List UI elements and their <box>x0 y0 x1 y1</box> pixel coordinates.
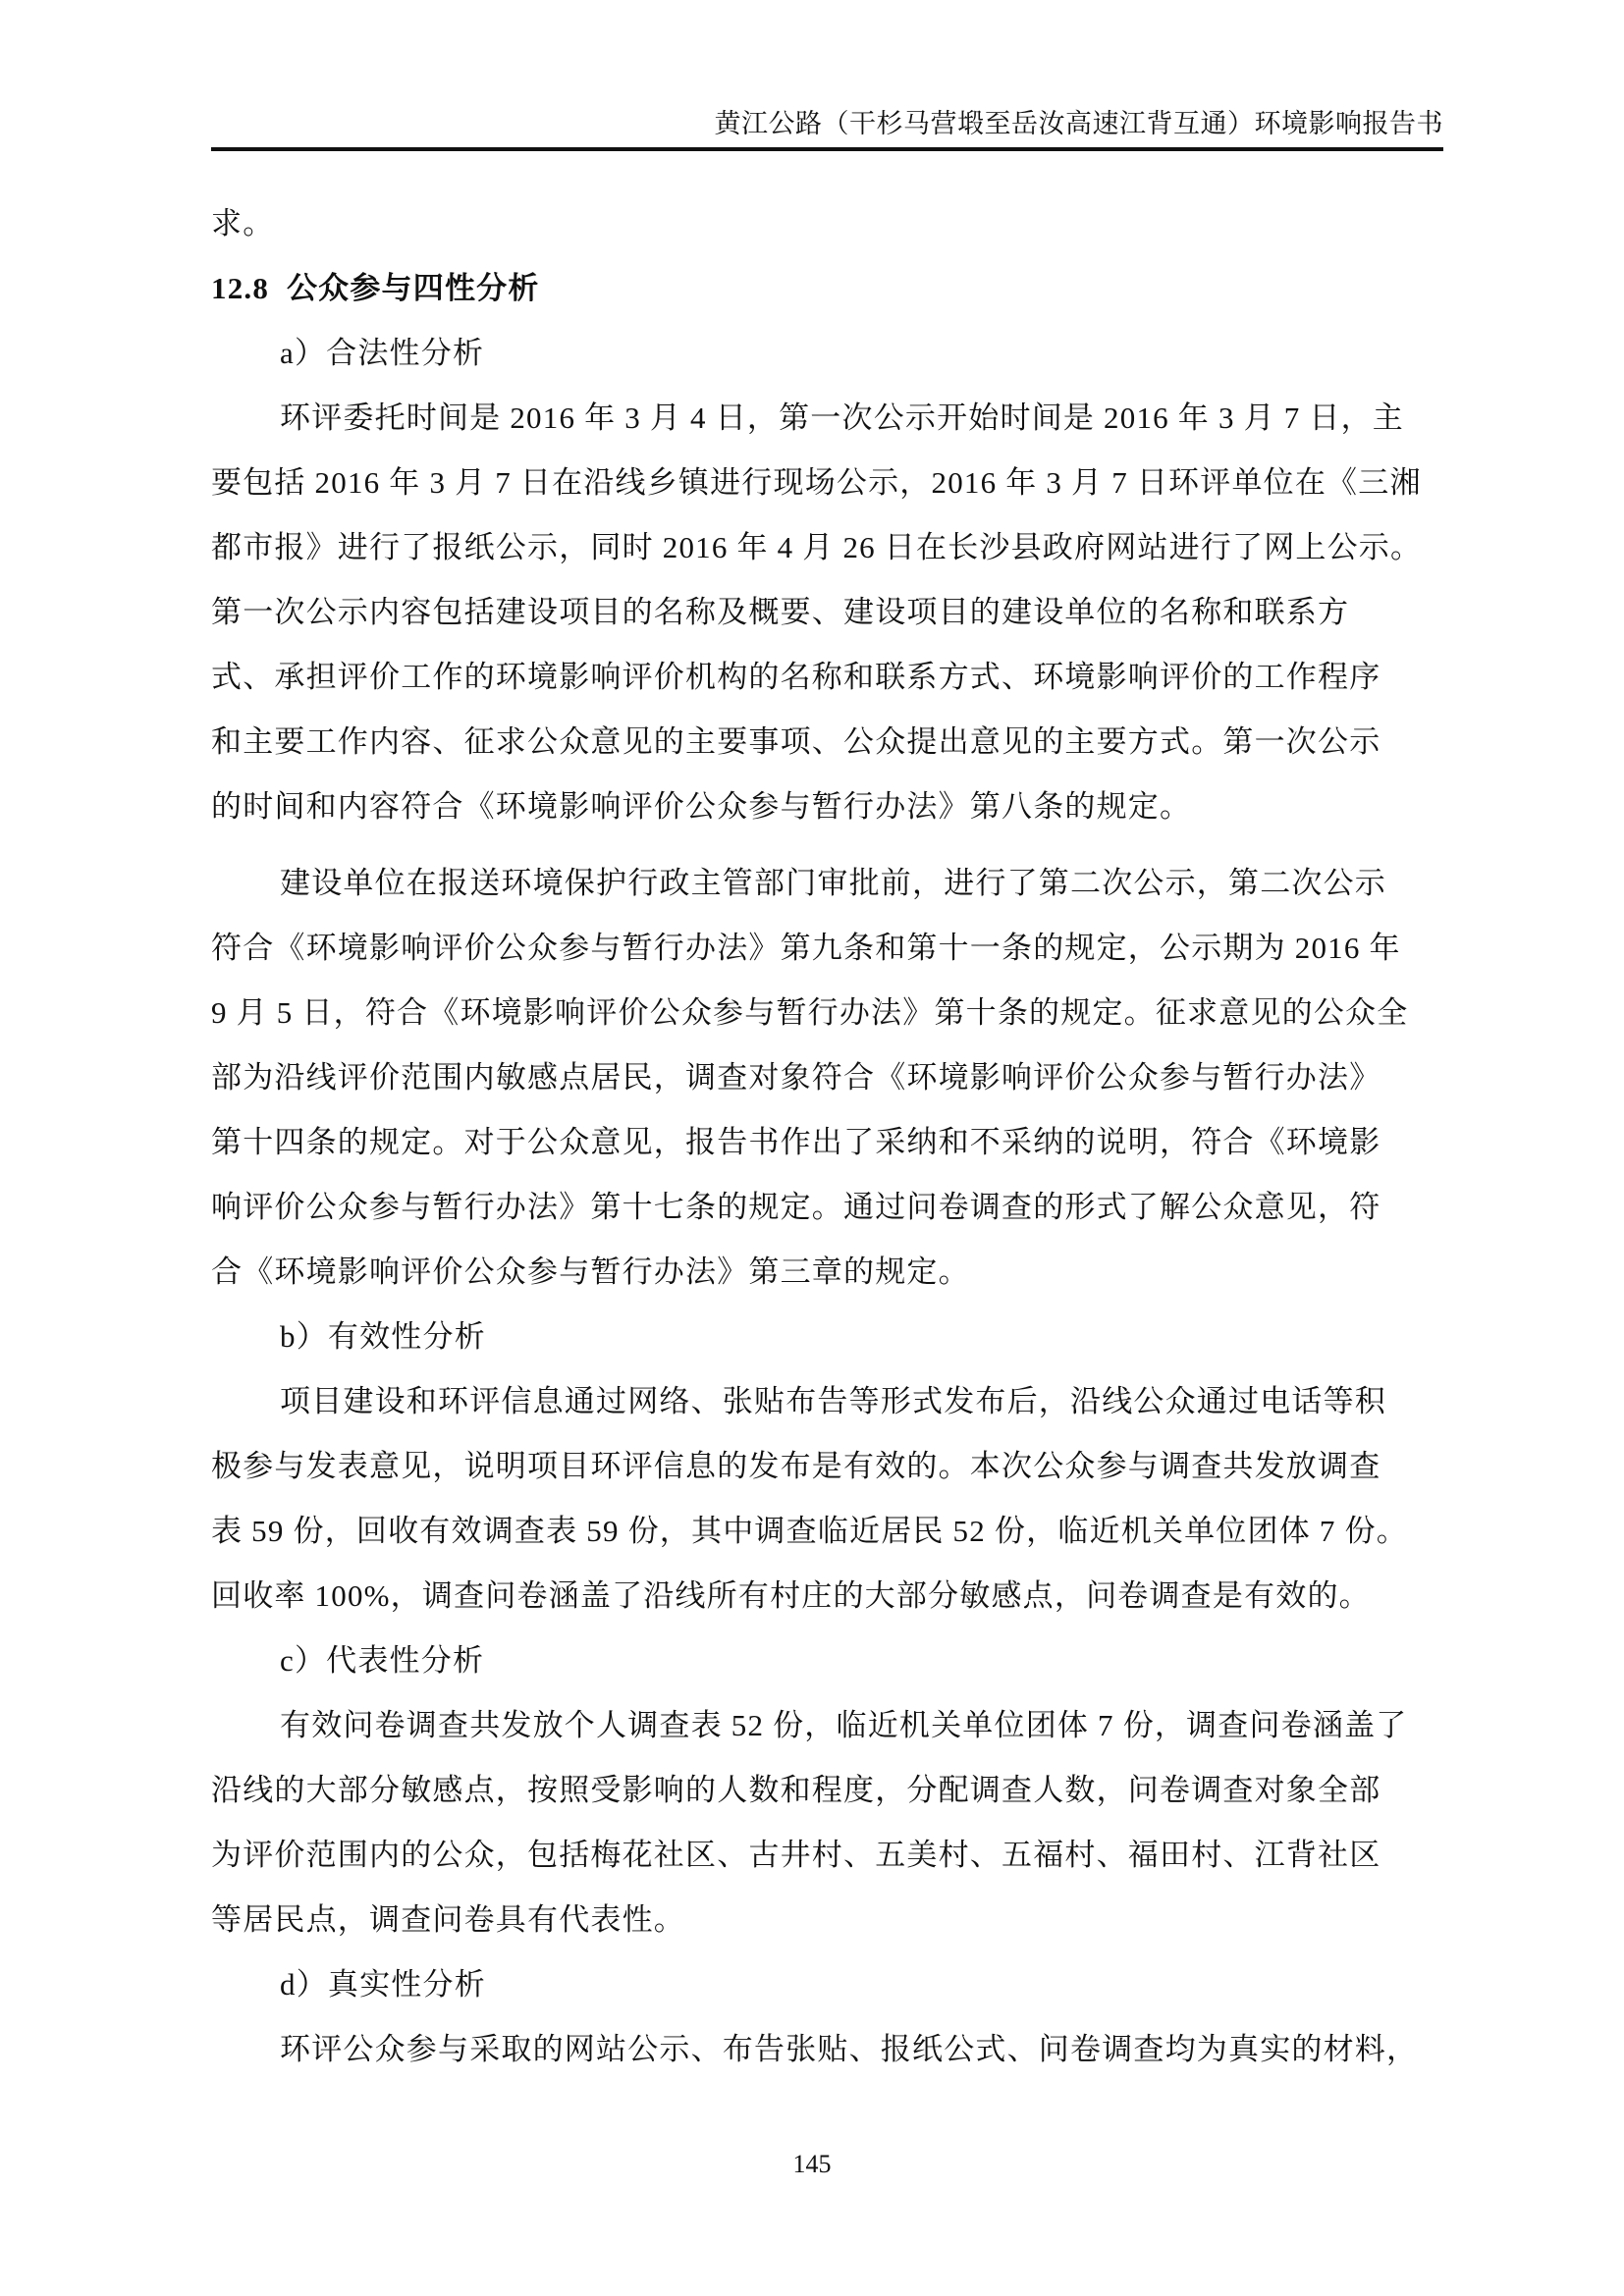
paragraph-validity: 项目建设和环评信息通过网络、张贴布告等形式发布后，沿线公众通过电话等积 极参与发… <box>211 1369 1448 1629</box>
text-line: 建设单位在报送环境保护行政主管部门审批前，进行了第二次公示，第二次公示 <box>211 851 1448 916</box>
paragraph-legality-1: 环评委托时间是 2016 年 3 月 4 日，第一次公示开始时间是 2016 年… <box>211 386 1448 839</box>
subsection-heading-validity: b）有效性分析 <box>211 1305 1448 1369</box>
text-line: 项目建设和环评信息通过网络、张贴布告等形式发布后，沿线公众通过电话等积 <box>211 1369 1448 1434</box>
continuation-text: 求。 <box>211 191 1448 256</box>
text-line: 回收率 100%，调查问卷涵盖了沿线所有村庄的大部分敏感点，问卷调查是有效的。 <box>211 1564 1448 1629</box>
text-line: 有效问卷调查共发放个人调查表 52 份，临近机关单位团体 7 份，调查问卷涵盖了 <box>211 1693 1448 1758</box>
text-line: 式、承担评价工作的环境影响评价机构的名称和联系方式、环境影响评价的工作程序 <box>211 645 1448 710</box>
text-line: 合《环境影响评价公众参与暂行办法》第三章的规定。 <box>211 1240 1448 1305</box>
text-line: 等居民点，调查问卷具有代表性。 <box>211 1888 1448 1952</box>
text-line: 部为沿线评价范围内敏感点居民，调查对象符合《环境影响评价公众参与暂行办法》 <box>211 1045 1448 1110</box>
text-line: 和主要工作内容、征求公众意见的主要事项、公众提出意见的主要方式。第一次公示 <box>211 710 1448 774</box>
text-line: 第一次公示内容包括建设项目的名称及概要、建设项目的建设单位的名称和联系方 <box>211 580 1448 645</box>
paragraph-representativeness: 有效问卷调查共发放个人调查表 52 份，临近机关单位团体 7 份，调查问卷涵盖了… <box>211 1693 1448 1952</box>
paragraph-gap <box>211 839 1448 851</box>
text-line: 沿线的大部分敏感点，按照受影响的人数和程度，分配调查人数，问卷调查对象全部 <box>211 1758 1448 1823</box>
text-line: 表 59 份，回收有效调查表 59 份，其中调查临近居民 52 份，临近机关单位… <box>211 1499 1448 1564</box>
page-body: 求。 12.8 公众参与四性分析 a）合法性分析 环评委托时间是 2016 年 … <box>211 191 1448 2082</box>
text-line: 要包括 2016 年 3 月 7 日在沿线乡镇进行现场公示，2016 年 3 月… <box>211 451 1448 515</box>
text-line: 环评公众参与采取的网站公示、布告张贴、报纸公式、问卷调查均为真实的材料， <box>211 2017 1448 2082</box>
text-line: 环评委托时间是 2016 年 3 月 4 日，第一次公示开始时间是 2016 年… <box>211 386 1448 451</box>
header-divider <box>211 147 1443 151</box>
text-line: 符合《环境影响评价公众参与暂行办法》第九条和第十一条的规定，公示期为 2016 … <box>211 916 1448 981</box>
text-line: 都市报》进行了报纸公示，同时 2016 年 4 月 26 日在长沙县政府网站进行… <box>211 515 1448 580</box>
text-line: 极参与发表意见，说明项目环评信息的发布是有效的。本次公众参与调查共发放调查 <box>211 1434 1448 1499</box>
subsection-heading-authenticity: d）真实性分析 <box>211 1952 1448 2017</box>
text-line: 为评价范围内的公众，包括梅花社区、古井村、五美村、五福村、福田村、江背社区 <box>211 1823 1448 1888</box>
subsection-heading-legality: a）合法性分析 <box>211 321 1448 386</box>
paragraph-authenticity: 环评公众参与采取的网站公示、布告张贴、报纸公式、问卷调查均为真实的材料， <box>211 2017 1448 2082</box>
text-line: 响评价公众参与暂行办法》第十七条的规定。通过问卷调查的形式了解公众意见，符 <box>211 1175 1448 1240</box>
header-title: 黄江公路（干杉马营塅至岳汝高速江背互通）环境影响报告书 <box>715 106 1444 141</box>
text-line: 第十四条的规定。对于公众意见，报告书作出了采纳和不采纳的说明，符合《环境影 <box>211 1110 1448 1175</box>
paragraph-legality-2: 建设单位在报送环境保护行政主管部门审批前，进行了第二次公示，第二次公示 符合《环… <box>211 851 1448 1305</box>
text-line: 的时间和内容符合《环境影响评价公众参与暂行办法》第八条的规定。 <box>211 774 1448 839</box>
subsection-heading-representativeness: c）代表性分析 <box>211 1629 1448 1693</box>
page-number: 145 <box>0 2148 1624 2181</box>
section-heading: 12.8 公众参与四性分析 <box>211 256 1448 321</box>
text-line: 9 月 5 日，符合《环境影响评价公众参与暂行办法》第十条的规定。征求意见的公众… <box>211 981 1448 1045</box>
